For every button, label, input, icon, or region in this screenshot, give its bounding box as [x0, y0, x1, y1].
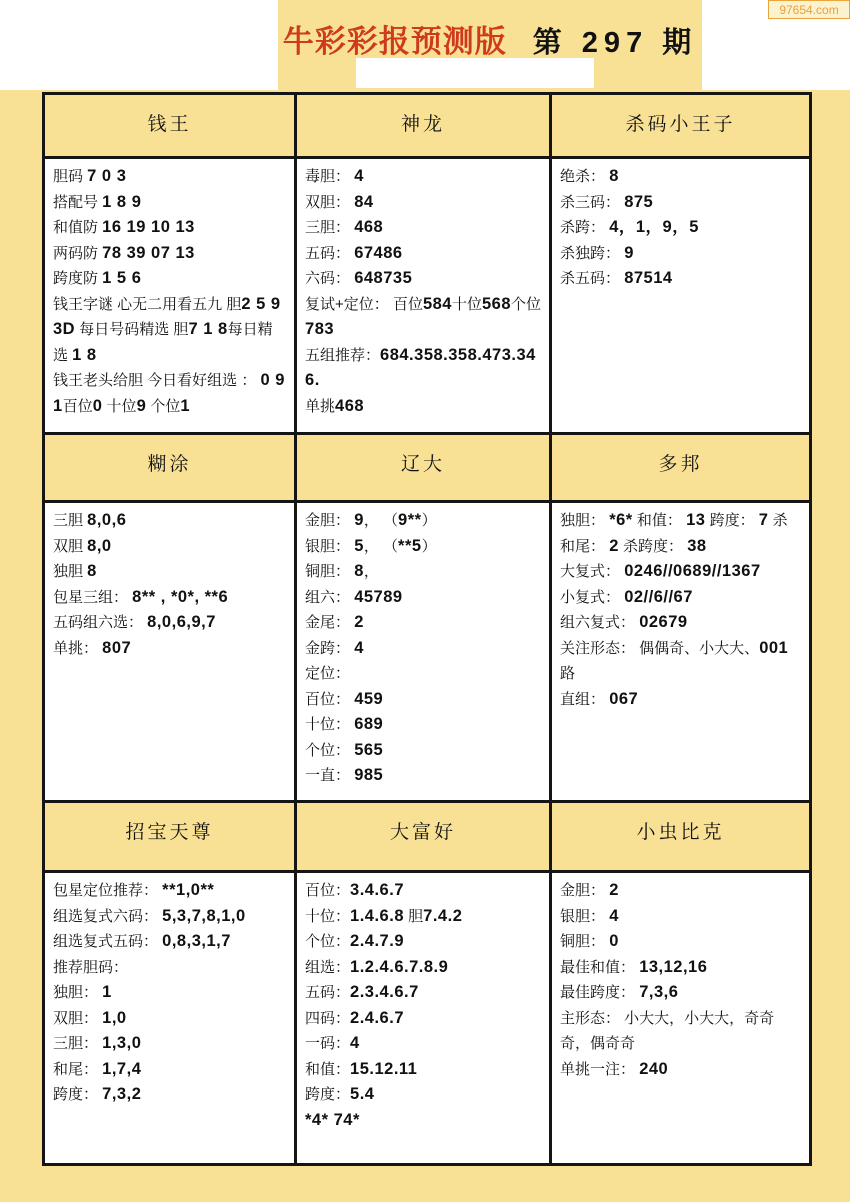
- prediction-value: 78 39 07 13: [102, 244, 195, 262]
- prediction-label: 单挑：: [53, 640, 102, 657]
- prediction-label: 双胆：: [305, 194, 354, 211]
- prediction-line: 绝杀： 8: [560, 164, 802, 190]
- prediction-value: 9: [354, 511, 364, 529]
- prediction-value: 7,3,2: [102, 1085, 141, 1103]
- prediction-label: 定位：: [305, 665, 350, 682]
- prediction-value: 1 8: [72, 346, 96, 364]
- prediction-line: 六码： 648735: [305, 266, 542, 292]
- panel-header-dafuhao: 大富好: [297, 803, 552, 873]
- prediction-value: 985: [354, 766, 383, 784]
- prediction-label: 金尾：: [305, 614, 354, 631]
- prediction-value: 1,3,0: [102, 1034, 141, 1052]
- prediction-line: 金胆： 9， （9**）: [305, 508, 542, 534]
- prediction-line: 组选复式五码： 0,8,3,1,7: [53, 929, 287, 955]
- prediction-line: *4* 74*: [305, 1108, 542, 1134]
- prediction-line: 复试+定位： 百位584十位568个位783: [305, 292, 542, 343]
- prediction-value: 1,0: [102, 1009, 126, 1027]
- prediction-line: 四码：2.4.6.7: [305, 1006, 542, 1032]
- prediction-value: 0: [93, 397, 103, 415]
- prediction-label: 组选复式五码：: [53, 933, 162, 950]
- prediction-line: 最佳和值： 13,12,16: [560, 955, 802, 981]
- prediction-line: 单挑一注： 240: [560, 1057, 802, 1083]
- prediction-label: 百位：: [305, 882, 350, 899]
- prediction-value: 001: [759, 639, 788, 657]
- prediction-line: 五码： 67486: [305, 241, 542, 267]
- prediction-value: 45789: [354, 588, 402, 606]
- prediction-label: 跨度：: [53, 1086, 102, 1103]
- prediction-line: 杀独跨： 9: [560, 241, 802, 267]
- prediction-line: 钱王老头给胆 今日看好组选 ： 0 9 1百位0 十位9 个位1: [53, 368, 287, 419]
- prediction-value: 7,3,6: [639, 983, 678, 1001]
- prediction-label: 直组：: [560, 691, 609, 708]
- prediction-label: 百位: [63, 398, 93, 415]
- prediction-line: 毒胆： 4: [305, 164, 542, 190]
- prediction-value: 783: [305, 320, 334, 338]
- prediction-line: 主形态： 小大大，小大大，奇奇奇，偶奇奇: [560, 1006, 802, 1057]
- prediction-value: 565: [354, 741, 383, 759]
- title-block: 牛彩彩报预测版 第 297 期: [278, 0, 702, 90]
- prediction-label: 个位：: [305, 933, 350, 950]
- prediction-line: 双胆 8,0: [53, 534, 287, 560]
- prediction-label: 推荐胆码：: [53, 959, 128, 976]
- prediction-value: 13,12,16: [639, 958, 707, 976]
- prediction-line: 独胆 8: [53, 559, 287, 585]
- prediction-label: 和值：: [633, 512, 686, 529]
- prediction-label: 十位: [102, 398, 136, 415]
- prediction-label: 两码防: [53, 245, 102, 262]
- prediction-value: 0,8,3,1,7: [162, 932, 231, 950]
- prediction-label: 十位: [452, 296, 482, 313]
- prediction-label: 金胆：: [560, 882, 609, 899]
- prediction-value: 1 8 9: [102, 193, 141, 211]
- title-line: 牛彩彩报预测版 第 297 期: [278, 0, 702, 61]
- watermark-badge: 97654.com: [768, 0, 850, 19]
- prediction-label: 一码：: [305, 1035, 350, 1052]
- prediction-label: 跨度防: [53, 270, 102, 287]
- prediction-line: 跨度防 1 5 6: [53, 266, 287, 292]
- prediction-line: 单挑： 807: [53, 636, 287, 662]
- panel-content-zhaobao-tianzun: 包星定位推荐： **1,0**组选复式六码： 5,3,7,8,1,0组选复式五码…: [45, 873, 297, 1163]
- prediction-label: 双胆: [53, 538, 87, 555]
- prediction-value: *6*: [609, 511, 633, 529]
- prediction-line: 3D 每日号码精选 胆7 1 8每日精选 1 8: [53, 317, 287, 368]
- prediction-line: 胆码 7 0 3: [53, 164, 287, 190]
- prediction-value: 0246//0689//1367: [624, 562, 760, 580]
- prediction-value: 2.3.4.6.7: [350, 983, 419, 1001]
- prediction-line: 大复式： 0246//0689//1367: [560, 559, 802, 585]
- blank-patch: [356, 58, 594, 88]
- prediction-value: 459: [354, 690, 383, 708]
- prediction-value: 2.4.7.9: [350, 932, 404, 950]
- prediction-label: ， （: [364, 512, 398, 529]
- prediction-label: 六码：: [305, 270, 354, 287]
- prediction-value: 568: [482, 295, 511, 313]
- prediction-label: 包星三组：: [53, 589, 132, 606]
- prediction-line: 百位：3.4.6.7: [305, 878, 542, 904]
- prediction-line: 钱王字谜 心无二用看五九 胆2 5 9: [53, 292, 287, 318]
- panel-title: 辽大: [401, 449, 445, 476]
- prediction-line: 三胆 8,0,6: [53, 508, 287, 534]
- panel-content-liaoda: 金胆： 9， （9**）银胆： 5， （**5）铜胆： 8，组六： 45789金…: [297, 503, 552, 803]
- prediction-line: 一码：4: [305, 1031, 542, 1057]
- prediction-value: 15.12.11: [350, 1060, 417, 1078]
- prediction-line: 直组： 067: [560, 687, 802, 713]
- prediction-label: 百位：: [305, 691, 354, 708]
- prediction-line: 一直： 985: [305, 763, 542, 789]
- prediction-value: 648735: [354, 269, 412, 287]
- prediction-value: 7.4.2: [423, 907, 462, 925]
- prediction-label: 毒胆：: [305, 168, 354, 185]
- prediction-value: 84: [354, 193, 373, 211]
- prediction-label: 一直：: [305, 767, 354, 784]
- prediction-value: 689: [354, 715, 383, 733]
- prediction-line: 杀跨： 4，1，9，5: [560, 215, 802, 241]
- prediction-label: 路: [560, 665, 575, 682]
- prediction-value: 5,3,7,8,1,0: [162, 907, 245, 925]
- panel-content-hutu: 三胆 8,0,6双胆 8,0独胆 8包星三组： 8** , *0*, **6五码…: [45, 503, 297, 803]
- panel-title: 糊涂: [148, 449, 192, 476]
- prediction-label: 跨度：: [305, 1086, 350, 1103]
- prediction-label: 最佳跨度：: [560, 984, 639, 1001]
- prediction-line: 铜胆： 0: [560, 929, 802, 955]
- prediction-value: 2.4.6.7: [350, 1009, 404, 1027]
- panel-content-qianwang: 胆码 7 0 3搭配号 1 8 9和值防 16 19 10 13两码防 78 3…: [45, 159, 297, 435]
- prediction-line: 金尾： 2: [305, 610, 542, 636]
- prediction-line: 双胆： 1,0: [53, 1006, 287, 1032]
- prediction-value: 67486: [354, 244, 402, 262]
- prediction-label: 个位: [511, 296, 541, 313]
- lottery-forecast-page: 牛彩彩报预测版 第 297 期 97654.com 钱王神龙杀码小王子胆码 7 …: [0, 0, 850, 1202]
- panel-header-shenlong: 神龙: [297, 95, 552, 159]
- prediction-label: 独胆: [53, 563, 87, 580]
- panel-title: 钱王: [148, 109, 192, 136]
- prediction-value: 8: [87, 562, 97, 580]
- prediction-label: 大复式：: [560, 563, 624, 580]
- prediction-label: 铜胆：: [305, 563, 354, 580]
- prediction-line: 个位：2.4.7.9: [305, 929, 542, 955]
- page-title: 牛彩彩报预测版: [283, 16, 507, 61]
- panel-content-shenlong: 毒胆： 4双胆： 84三胆： 468五码： 67486六码： 648735复试+…: [297, 159, 552, 435]
- prediction-label: 钱王字谜 心无二用看五九 胆: [53, 296, 241, 313]
- prediction-label: 杀独跨：: [560, 245, 624, 262]
- prediction-value: 02//6//67: [624, 588, 693, 606]
- prediction-label: 银胆：: [560, 908, 609, 925]
- panel-content-dafuhao: 百位：3.4.6.7十位：1.4.6.8 胆7.4.2个位：2.4.7.9组选：…: [297, 873, 552, 1163]
- prediction-line: 银胆： 5， （**5）: [305, 534, 542, 560]
- panel-content-xiaochong-bike: 金胆： 2银胆： 4铜胆： 0最佳和值： 13,12,16最佳跨度： 7,3,6…: [552, 873, 809, 1163]
- prediction-line: 组选复式六码： 5,3,7,8,1,0: [53, 904, 287, 930]
- prediction-value: 9**: [398, 511, 422, 529]
- prediction-value: 4: [609, 907, 619, 925]
- panel-title: 招宝天尊: [126, 817, 214, 844]
- prediction-label: 组六：: [305, 589, 354, 606]
- prediction-line: 铜胆： 8，: [305, 559, 542, 585]
- panel-header-qianwang: 钱王: [45, 95, 297, 159]
- prediction-value: 807: [102, 639, 131, 657]
- prediction-line: 组六： 45789: [305, 585, 542, 611]
- prediction-value: 8** , *0*, **6: [132, 588, 228, 606]
- prediction-value: 7 1 8: [188, 320, 227, 338]
- prediction-line: 五码：2.3.4.6.7: [305, 980, 542, 1006]
- prediction-value: 38: [687, 537, 706, 555]
- prediction-label: 钱王老头给胆 今日看好组选 ：: [53, 372, 261, 389]
- prediction-value: 1,7,4: [102, 1060, 141, 1078]
- prediction-line: 组选：1.2.4.6.7.8.9: [305, 955, 542, 981]
- prediction-line: 跨度：5.4: [305, 1082, 542, 1108]
- prediction-label: 组选复式六码：: [53, 908, 162, 925]
- prediction-value: 4: [354, 639, 364, 657]
- prediction-label: 个位：: [305, 742, 354, 759]
- prediction-value: 1: [102, 983, 112, 1001]
- prediction-label: 杀跨：: [560, 219, 609, 236]
- prediction-label: 和值：: [305, 1061, 350, 1078]
- prediction-label: 胆: [404, 908, 423, 925]
- prediction-label: ， （: [364, 538, 398, 555]
- prediction-label: 胆码: [53, 168, 87, 185]
- prediction-label: 五码：: [305, 245, 354, 262]
- prediction-label: 主形态： 小大大，小大大，奇奇奇，偶奇奇: [560, 1010, 774, 1053]
- prediction-value: 4: [354, 167, 364, 185]
- prediction-value: 2: [609, 881, 619, 899]
- prediction-label: 三胆：: [53, 1035, 102, 1052]
- prediction-value: 5.4: [350, 1085, 374, 1103]
- prediction-value: 02679: [639, 613, 687, 631]
- prediction-value: 067: [609, 690, 638, 708]
- prediction-value: 1.2.4.6.7.8.9: [350, 958, 448, 976]
- prediction-value: 468: [335, 397, 364, 415]
- prediction-value: 4: [350, 1034, 360, 1052]
- prediction-value: 584: [423, 295, 452, 313]
- prediction-label: 和尾：: [53, 1061, 102, 1078]
- prediction-line: 搭配号 1 8 9: [53, 190, 287, 216]
- prediction-value: 2: [354, 613, 364, 631]
- prediction-label: 绝杀：: [560, 168, 609, 185]
- prediction-value: 8,0,6,9,7: [147, 613, 216, 631]
- prediction-value: 8,0: [87, 537, 111, 555]
- prediction-line: 和尾： 1,7,4: [53, 1057, 287, 1083]
- prediction-line: 单挑468: [305, 394, 542, 420]
- panel-header-xiaochong-bike: 小虫比克: [552, 803, 809, 873]
- prediction-label: 金跨：: [305, 640, 354, 657]
- prediction-line: 包星定位推荐： **1,0**: [53, 878, 287, 904]
- prediction-value: *4* 74*: [305, 1111, 360, 1129]
- panel-title: 多邦: [658, 449, 702, 476]
- prediction-value: 7 0 3: [87, 167, 126, 185]
- prediction-label: 最佳和值：: [560, 959, 639, 976]
- prediction-value: **1,0**: [162, 881, 214, 899]
- prediction-line: 最佳跨度： 7,3,6: [560, 980, 802, 1006]
- prediction-value: 2: [609, 537, 619, 555]
- prediction-label: 独胆：: [53, 984, 102, 1001]
- prediction-value: 0: [609, 932, 619, 950]
- panel-title: 大富好: [390, 817, 456, 844]
- top-band: 牛彩彩报预测版 第 297 期 97654.com: [0, 0, 850, 90]
- prediction-value: 87514: [624, 269, 672, 287]
- panel-content-duobang: 独胆： *6* 和值： 13 跨度： 7 杀和尾： 2 杀跨度： 38大复式： …: [552, 503, 809, 803]
- prediction-value: 1: [180, 397, 190, 415]
- prediction-label: ）: [422, 512, 437, 529]
- prediction-value: 875: [624, 193, 653, 211]
- prediction-label: 组选：: [305, 959, 350, 976]
- prediction-line: 关注形态： 偶偶奇、小大大、001路: [560, 636, 802, 687]
- prediction-value: 2 5 9: [241, 295, 280, 313]
- prediction-value: 8,0,6: [87, 511, 126, 529]
- prediction-line: 包星三组： 8** , *0*, **6: [53, 585, 287, 611]
- prediction-label: 十位：: [305, 716, 354, 733]
- prediction-value: 9: [137, 397, 147, 415]
- panel-header-hutu: 糊涂: [45, 435, 297, 503]
- prediction-value: 8: [354, 562, 364, 580]
- prediction-label: 双胆：: [53, 1010, 102, 1027]
- prediction-label: 五码：: [305, 984, 350, 1001]
- prediction-label: 杀五码：: [560, 270, 624, 287]
- prediction-label: 十位：: [305, 908, 350, 925]
- prediction-line: 金跨： 4: [305, 636, 542, 662]
- panel-header-liaoda: 辽大: [297, 435, 552, 503]
- prediction-line: 三胆： 1,3,0: [53, 1031, 287, 1057]
- prediction-value: **5: [398, 537, 422, 555]
- prediction-label: 铜胆：: [560, 933, 609, 950]
- prediction-label: 个位: [146, 398, 180, 415]
- prediction-line: 个位： 565: [305, 738, 542, 764]
- prediction-line: 百位： 459: [305, 687, 542, 713]
- prediction-label: ，: [364, 563, 379, 580]
- prediction-line: 十位：1.4.6.8 胆7.4.2: [305, 904, 542, 930]
- prediction-label: 包星定位推荐：: [53, 882, 162, 899]
- issue-number: 第 297 期: [533, 20, 698, 61]
- prediction-value: 16 19 10 13: [102, 218, 195, 236]
- prediction-label: 杀跨度：: [619, 538, 687, 555]
- prediction-line: 五码组六选： 8,0,6,9,7: [53, 610, 287, 636]
- prediction-line: 双胆： 84: [305, 190, 542, 216]
- prediction-line: 两码防 78 39 07 13: [53, 241, 287, 267]
- prediction-line: 独胆： 1: [53, 980, 287, 1006]
- prediction-line: 独胆： *6* 和值： 13 跨度： 7 杀和尾： 2 杀跨度： 38: [560, 508, 802, 559]
- prediction-line: 三胆： 468: [305, 215, 542, 241]
- prediction-label: 三胆: [53, 512, 87, 529]
- prediction-label: 五组推荐：: [305, 347, 380, 364]
- prediction-line: 小复式： 02//6//67: [560, 585, 802, 611]
- prediction-label: 小复式：: [560, 589, 624, 606]
- prediction-label: 复试+定位： 百位: [305, 296, 423, 313]
- watermark-text: 97654.com: [779, 3, 838, 17]
- prediction-line: 银胆： 4: [560, 904, 802, 930]
- prediction-label: 独胆：: [560, 512, 609, 529]
- panel-header-shama-xiaowangzi: 杀码小王子: [552, 95, 809, 159]
- panel-header-zhaobao-tianzun: 招宝天尊: [45, 803, 297, 873]
- prediction-label: 杀三码：: [560, 194, 624, 211]
- prediction-table: 钱王神龙杀码小王子胆码 7 0 3搭配号 1 8 9和值防 16 19 10 1…: [42, 92, 812, 1166]
- prediction-label: 每日号码精选 胆: [75, 321, 188, 338]
- prediction-label: 单挑一注：: [560, 1061, 639, 1078]
- prediction-label: 三胆：: [305, 219, 354, 236]
- prediction-label: 五码组六选：: [53, 614, 147, 631]
- prediction-value: 7: [759, 511, 769, 529]
- prediction-value: 8: [609, 167, 619, 185]
- prediction-label: 组六复式：: [560, 614, 639, 631]
- prediction-line: 杀三码： 875: [560, 190, 802, 216]
- panel-title: 小虫比克: [636, 817, 724, 844]
- panel-header-duobang: 多邦: [552, 435, 809, 503]
- prediction-line: 十位： 689: [305, 712, 542, 738]
- prediction-line: 组六复式： 02679: [560, 610, 802, 636]
- prediction-value: 5: [354, 537, 364, 555]
- prediction-line: 和值防 16 19 10 13: [53, 215, 287, 241]
- prediction-value: 4，1，9，5: [609, 218, 699, 236]
- prediction-label: 银胆：: [305, 538, 354, 555]
- panel-title: 杀码小王子: [625, 109, 735, 136]
- prediction-value: 3D: [53, 320, 75, 338]
- prediction-line: 杀五码： 87514: [560, 266, 802, 292]
- prediction-line: 和值：15.12.11: [305, 1057, 542, 1083]
- prediction-line: 跨度： 7,3,2: [53, 1082, 287, 1108]
- prediction-value: 9: [624, 244, 634, 262]
- prediction-value: 3.4.6.7: [350, 881, 404, 899]
- prediction-value: 468: [354, 218, 383, 236]
- prediction-label: 单挑: [305, 398, 335, 415]
- prediction-label: 搭配号: [53, 194, 102, 211]
- prediction-value: 13: [686, 511, 705, 529]
- prediction-value: 240: [639, 1060, 668, 1078]
- prediction-label: 金胆：: [305, 512, 354, 529]
- prediction-label: 四码：: [305, 1010, 350, 1027]
- panel-title: 神龙: [401, 109, 445, 136]
- panel-content-shama-xiaowangzi: 绝杀： 8杀三码： 875杀跨： 4，1，9，5杀独跨： 9杀五码： 87514: [552, 159, 809, 435]
- prediction-line: 定位：: [305, 661, 542, 687]
- prediction-line: 金胆： 2: [560, 878, 802, 904]
- prediction-value: 1 5 6: [102, 269, 141, 287]
- prediction-label: 关注形态： 偶偶奇、小大大、: [560, 640, 759, 657]
- prediction-label: 跨度：: [705, 512, 758, 529]
- prediction-line: 五组推荐：684.358.358.473.346.: [305, 343, 542, 394]
- prediction-line: 推荐胆码：: [53, 955, 287, 981]
- prediction-value: 1.4.6.8: [350, 907, 404, 925]
- prediction-label: ）: [422, 538, 437, 555]
- prediction-label: 和值防: [53, 219, 102, 236]
